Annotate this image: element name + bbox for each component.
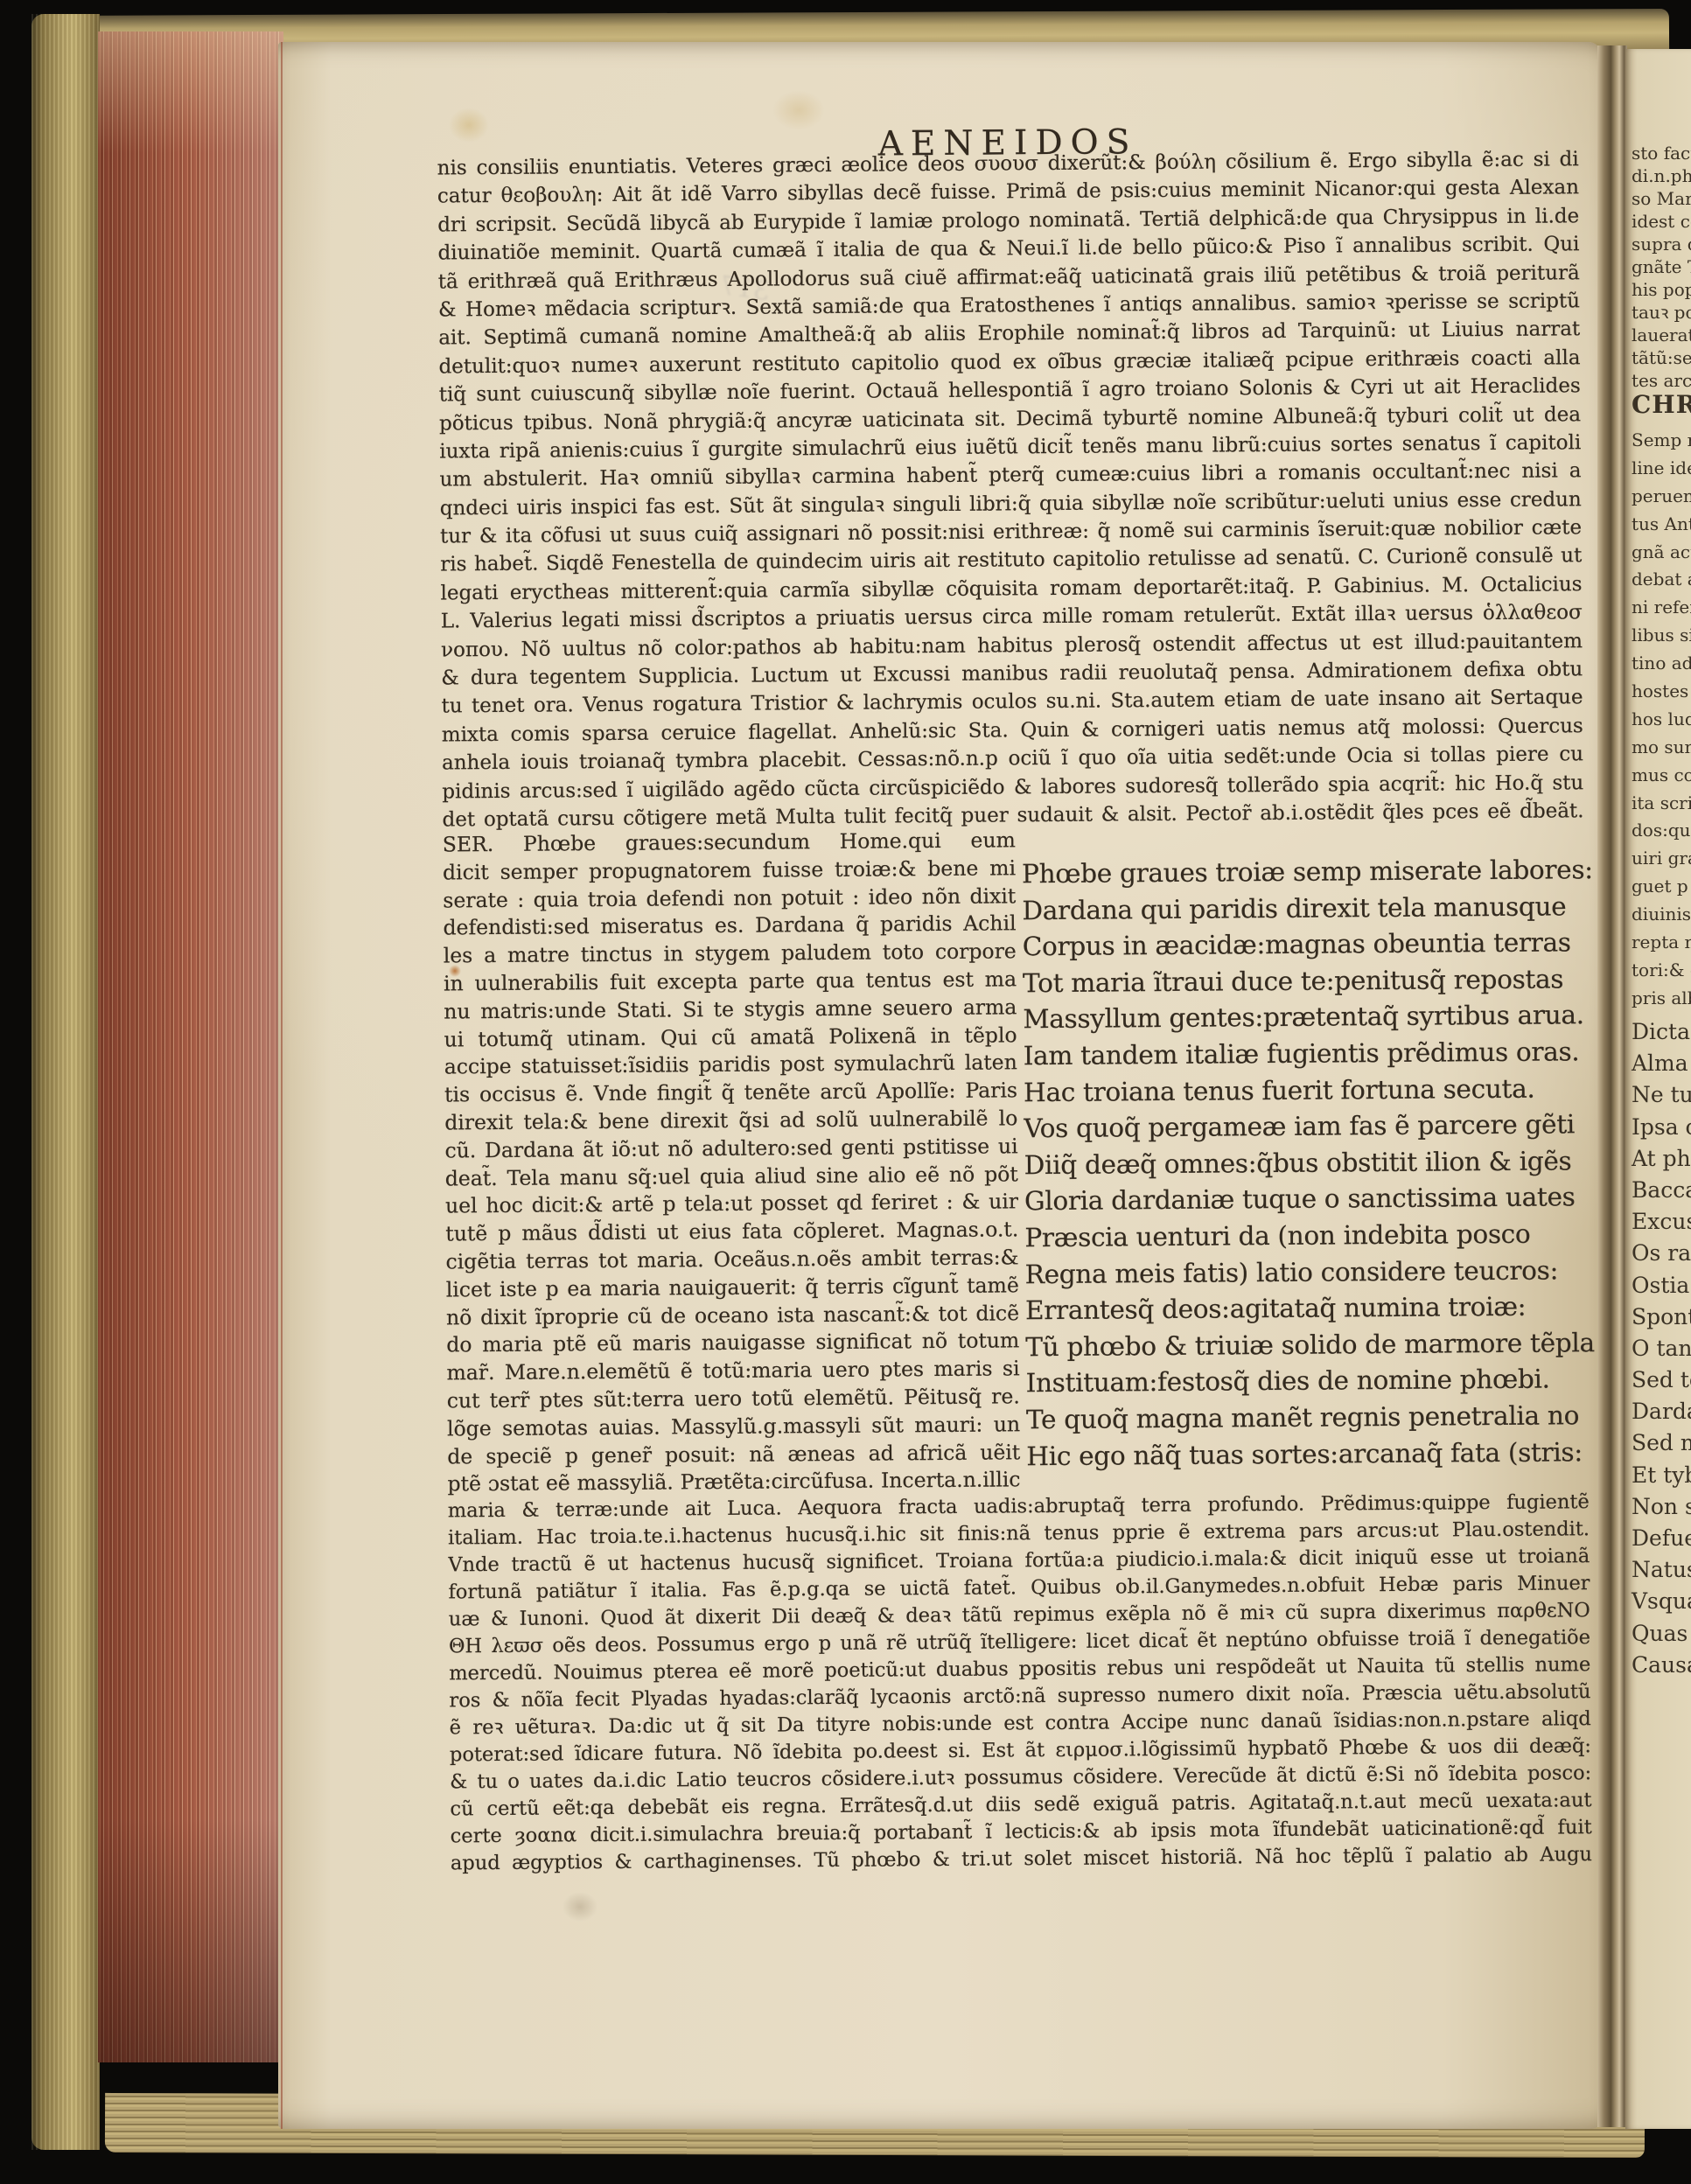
text-line: Natus & (1632, 1554, 1691, 1586)
text-line: Defuerin (1632, 1523, 1691, 1554)
text-line: supra dix (1632, 233, 1691, 255)
page-content: AENEIDOS nis consiliis enuntiatis. Veter… (270, 37, 1610, 2134)
text-line: uel hoc dicit:& artẽ p tela:ut posset qd… (445, 1189, 1018, 1221)
text-line: sto factũ (1632, 142, 1691, 164)
text-line: gnãte Ta (1632, 255, 1691, 278)
text-line: licet iste p ea maria nauigauerit: q̃ te… (446, 1272, 1019, 1304)
text-line: libus sic s (1632, 622, 1691, 650)
facing-commentary-fragments: Semp mline idestperuenientus Antegnã act… (1632, 427, 1691, 1013)
text-line: dicit semper propugnatorem fuisse troiæ:… (443, 855, 1016, 887)
text-line: O tande (1632, 1333, 1691, 1364)
text-line: Ne turb (1632, 1079, 1691, 1111)
text-line: repta nũ (1632, 929, 1691, 957)
text-line: gnã actiac (1632, 539, 1691, 567)
text-line: Dardani (1632, 1396, 1691, 1427)
text-line: Non sim (1632, 1491, 1691, 1523)
text-line: nõ dixit ĩproprie cũ de oceano ista nasc… (446, 1300, 1019, 1332)
text-line: Gloria dardaniæ tuque o sanctissima uate… (1024, 1180, 1589, 1221)
text-line: tes arcan (1632, 369, 1691, 392)
text-line: SER. Phœbe graues:secundum Home.qui eum (443, 827, 1016, 859)
text-line: accipe statuisset:ĩsidiis paridis post s… (444, 1050, 1017, 1082)
text-line: mo sunt i (1632, 734, 1691, 762)
text-line: tãtũ:sed (1632, 346, 1691, 369)
text-line: Ipsa cana (1632, 1112, 1691, 1143)
text-line: Errantesq̃ deos:agitataq̃ numina troiæ: (1025, 1288, 1590, 1329)
text-line: peruenien (1632, 483, 1691, 511)
text-line: Instituam:festosq̃ dies de nomine phœbi. (1026, 1361, 1590, 1402)
text-line: Excusisse (1632, 1206, 1691, 1238)
text-line: diuinis i (1632, 901, 1691, 929)
text-line: Vsquam (1632, 1586, 1691, 1617)
text-line: Hac troiana tenus fuerit fortuna secuta. (1024, 1071, 1588, 1112)
commentary-bottom-block: maria & terræ:unde ait Luca. Aequora fra… (448, 1489, 1592, 1877)
text-line: tus Ante (1632, 511, 1691, 539)
text-line: Phœbe graues troiæ semp miserate labores… (1022, 852, 1586, 893)
book-cover-edge (31, 14, 100, 2150)
text-line: At phœb (1632, 1143, 1691, 1175)
text-line: ui totumq̃ utinam. Qui cũ amatã Polixenã… (444, 1022, 1017, 1054)
commentary-top-block: nis consiliis enuntiatis. Veteres græci … (437, 145, 1584, 834)
text-line: Dicta m (1632, 1016, 1691, 1048)
text-line: Dardana qui paridis direxit tela manusqu… (1022, 889, 1586, 930)
text-line: Tot maria ĩtraui duce te:penitusq̃ repos… (1023, 961, 1587, 1002)
book-photo-scene: 317 AENEIDOS nis consiliis enuntiatis. V… (0, 0, 1691, 2184)
text-line: tauꝛ pop (1632, 301, 1691, 324)
text-line: Os rabid (1632, 1238, 1691, 1269)
text-line: hos ludos (1632, 706, 1691, 734)
text-line: ni referan (1632, 594, 1691, 622)
text-line: tino aduẽ (1632, 650, 1691, 678)
text-line: Sed terra (1632, 1364, 1691, 1396)
text-line: Baccatur (1632, 1175, 1691, 1206)
text-line: so Mart. (1632, 187, 1691, 210)
aeneid-verse-column: Phœbe graues troiæ semp miserate labores… (1022, 852, 1591, 1475)
text-line: Ostia iam (1632, 1270, 1691, 1301)
text-line: tori:& du (1632, 957, 1691, 985)
text-line: Diiq̃ deæq̃ omnes:q̃bus obstitit ilion &… (1024, 1143, 1589, 1184)
text-line: Corpus in æacidæ:magnas obeuntia terras (1023, 925, 1587, 966)
text-line: Hic ego nãq̃ tuas sortes:arcanaq̃ fata (… (1026, 1434, 1590, 1476)
text-line: cũ. Dardana ãt iõ:ut nõ adultero:sed gen… (444, 1133, 1017, 1165)
text-line: Et tybrin (1632, 1460, 1691, 1491)
gutter-crease (1597, 45, 1627, 2127)
facing-verse-fragments: Dicta mAlma uirNe turbIpsa canaAt phœbBa… (1632, 1016, 1691, 1681)
text-line: direxit tela:& bene direxit q̃si ad solũ… (444, 1105, 1017, 1137)
text-line: hostes fug (1632, 678, 1691, 706)
text-line: cut terr̃ ptes sũt:terra uero totũ elemẽ… (447, 1383, 1020, 1415)
text-line: Te quoq̃ magna manẽt regnis penetralia n… (1026, 1398, 1590, 1439)
text-line: dos:qui (1632, 817, 1691, 845)
commentary-left-column: SER. Phœbe graues:secundum Home.qui eumd… (443, 827, 1021, 1498)
text-line: tutẽ p mãus d̃disti ut eius fata cõplere… (445, 1216, 1018, 1248)
text-line: do maria ptẽ eũ maris nauigasse signific… (446, 1328, 1019, 1360)
text-line: lõge semotas auias. Massylũ.g.massyli sũ… (447, 1411, 1020, 1443)
text-line: Sponte s (1632, 1301, 1691, 1333)
text-line: in uulnerabilis fuit excepta parte qua t… (444, 966, 1017, 998)
text-line: serate : quia troia defendi non potuit :… (443, 883, 1016, 915)
text-line: Iam tandem italiæ fugientis prẽdimus ora… (1024, 1034, 1588, 1075)
facing-section-heading: CHRI. (1632, 390, 1691, 419)
text-line: nu matris:unde Stati. Si te stygis amne … (444, 994, 1017, 1026)
text-line: line idest (1632, 455, 1691, 483)
text-line: Quas g (1632, 1618, 1691, 1650)
text-line: Semp m (1632, 427, 1691, 455)
text-line: tis occisus ẽ. Vnde fingit̃ q̃ tenẽte ar… (444, 1077, 1017, 1109)
red-stained-fore-edge (98, 31, 283, 2062)
text-line: Vos quoq̃ pergameæ iam fas ẽ parcere gẽt… (1024, 1106, 1588, 1148)
text-line: di.n.ph. (1632, 164, 1691, 187)
text-line: Præscia uenturi da (non indebita posco (1024, 1216, 1589, 1257)
text-line: Alma uir (1632, 1048, 1691, 1079)
left-page: 317 AENEIDOS nis consiliis enuntiatis. V… (278, 42, 1601, 2129)
text-line: deat̃. Tela manu sq̃:uel quia aliud sine… (445, 1161, 1018, 1193)
text-line: Causa tã (1632, 1650, 1691, 1681)
text-line: Tũ phœbo & triuiæ solido de marmore tẽpl… (1025, 1325, 1590, 1366)
text-line: les a matre tinctus in stygem paludem to… (444, 938, 1017, 970)
text-line: lauerat p (1632, 324, 1691, 346)
text-line: his popo (1632, 278, 1691, 301)
text-line: de speciẽ p gener̃ posuit: nã æneas ad a… (447, 1439, 1020, 1471)
facing-page-edge: sto factũdi.n.ph.so Mart.idest colsupra … (1625, 49, 1691, 2129)
text-line: Regna meis fatis) latio considere teucro… (1025, 1252, 1590, 1294)
text-line: cigẽtia terras tot maria. Oceãus.n.oẽs a… (445, 1244, 1018, 1276)
text-line: defendisti:sed miseratus es. Dardana q̃ … (443, 911, 1016, 943)
text-line: debat apo (1632, 566, 1691, 594)
facing-commentary-fragments: sto factũdi.n.ph.so Mart.idest colsupra … (1632, 142, 1691, 392)
text-line: Sed non (1632, 1427, 1691, 1459)
text-line: Massyllum gentes:prætentaq̃ syrtibus aru… (1023, 998, 1587, 1039)
text-line: pris albis (1632, 985, 1691, 1013)
text-line: guet p d (1632, 873, 1691, 901)
text-line: ita scriptũ (1632, 790, 1691, 818)
text-line: mar̃. Mare.n.elemẽtũ ẽ totũ:maria uero p… (446, 1355, 1019, 1387)
text-line: uiri græc (1632, 845, 1691, 873)
text-line: mus cœp (1632, 762, 1691, 790)
text-line: idest col (1632, 210, 1691, 233)
